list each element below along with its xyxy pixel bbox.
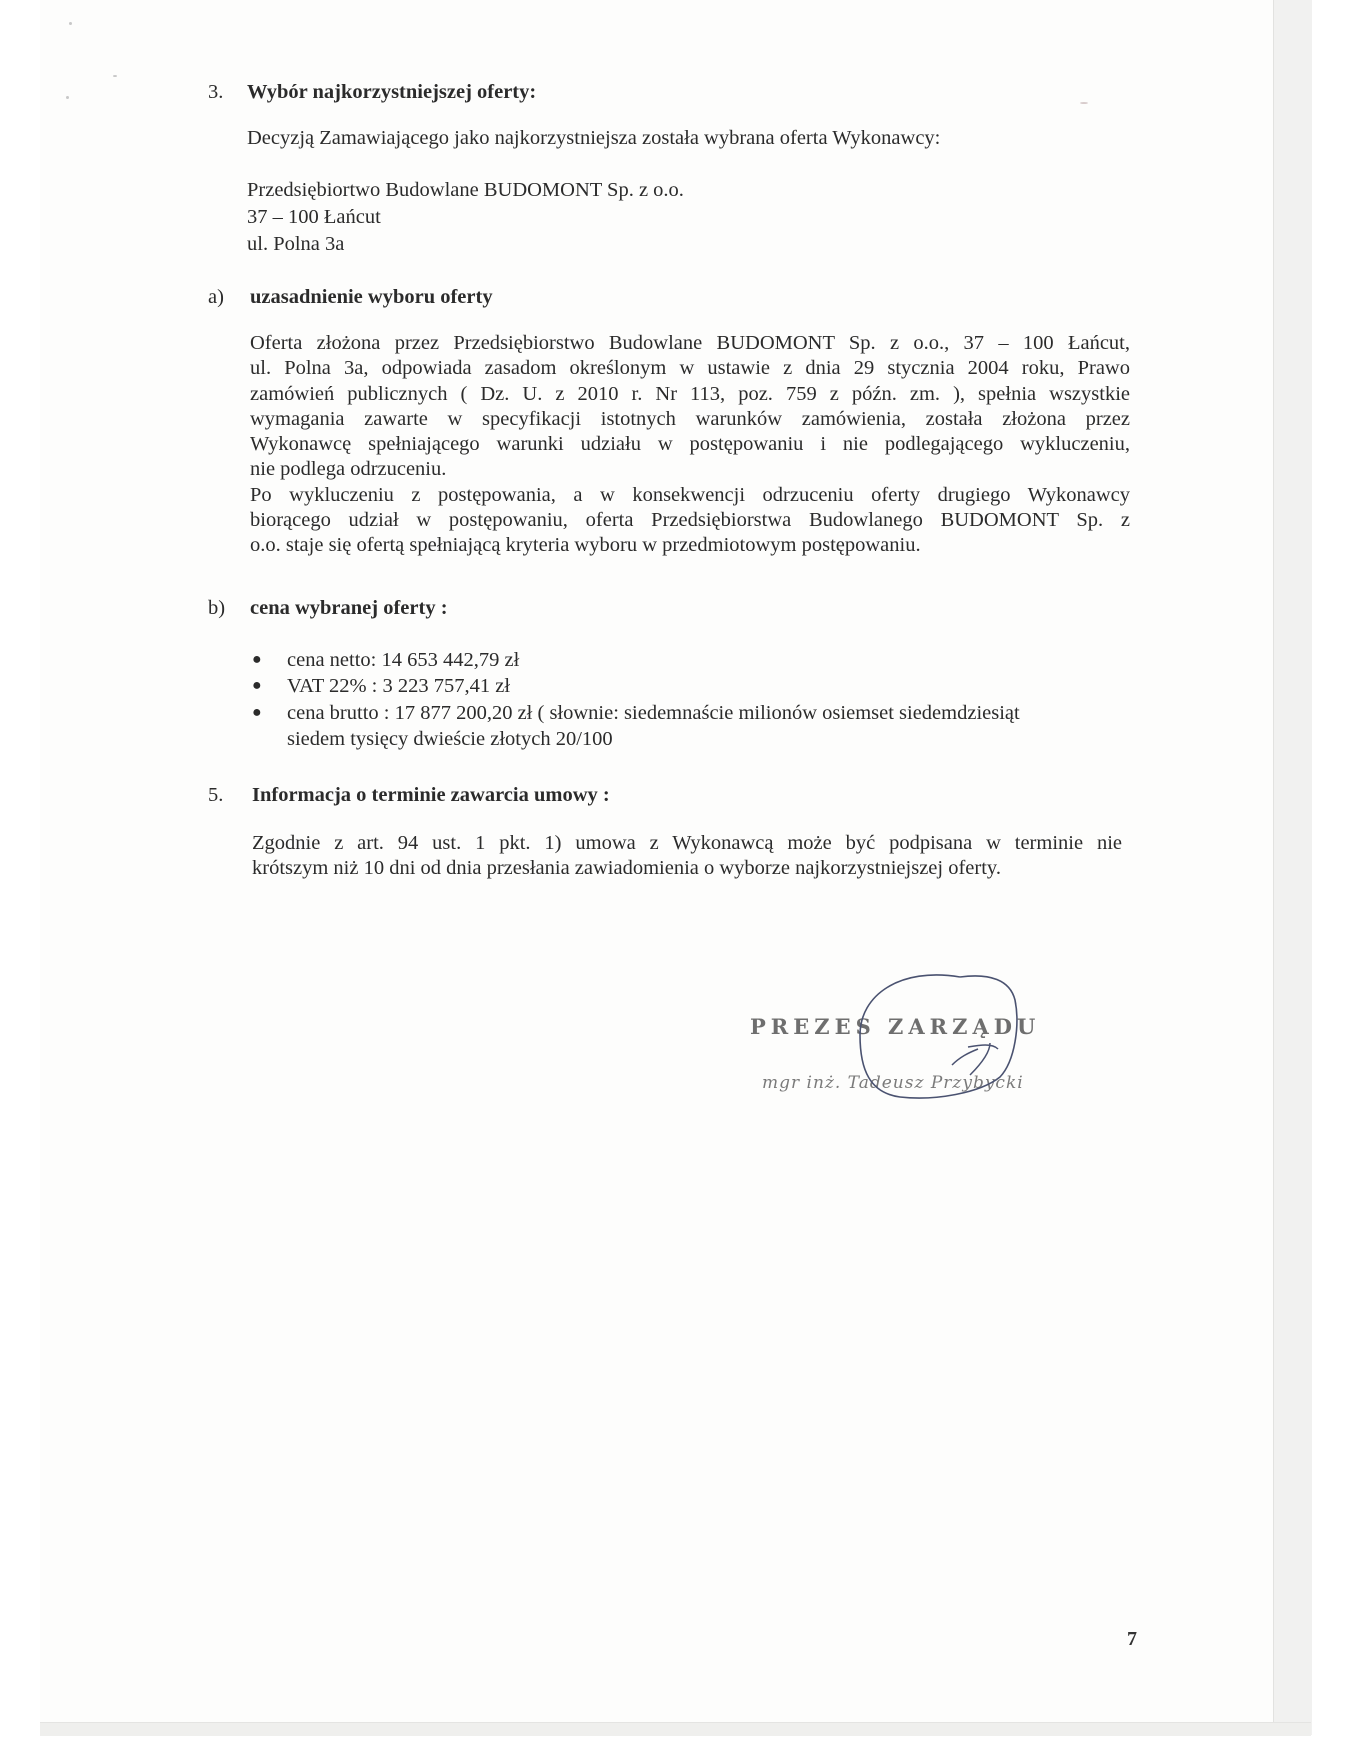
contractor-name: Przedsiębiortwo Budowlane BUDOMONT Sp. z… bbox=[247, 178, 684, 202]
paragraph-line: Oferta złożona przez Przedsiębiorstwo Bu… bbox=[250, 331, 1130, 356]
subsection-b-marker: b) bbox=[208, 596, 225, 620]
bullet-icon: ● bbox=[252, 701, 262, 725]
section-3-intro: Decyzją Zamawiającego jako najkorzystnie… bbox=[247, 126, 940, 150]
price-gross: cena brutto : 17 877 200,20 zł ( słownie… bbox=[287, 701, 1020, 725]
section-5-title: Informacja o terminie zawarcia umowy : bbox=[252, 783, 610, 807]
signature-icon bbox=[840, 965, 1040, 1115]
subsection-b-title: cena wybranej oferty : bbox=[250, 596, 448, 620]
scan-speck bbox=[113, 75, 117, 77]
price-net: cena netto: 14 653 442,79 zł bbox=[287, 648, 519, 672]
page-number: 7 bbox=[1127, 1628, 1137, 1651]
bullet-icon: ● bbox=[252, 674, 262, 698]
paragraph-line: zamówień publicznych ( Dz. U. z 2010 r. … bbox=[250, 382, 1130, 407]
section-3-title: Wybór najkorzystniejszej oferty: bbox=[247, 80, 536, 104]
justification-paragraph: Oferta złożona przez Przedsiębiorstwo Bu… bbox=[250, 331, 1130, 559]
contractor-street: ul. Polna 3a bbox=[247, 232, 344, 256]
scan-edge-right bbox=[1273, 0, 1312, 1735]
section-5-number: 5. bbox=[208, 783, 223, 807]
paragraph-line: wymagania zawarte w specyfikacji istotny… bbox=[250, 407, 1130, 432]
scan-speck bbox=[66, 96, 69, 99]
price-vat: VAT 22% : 3 223 757,41 zł bbox=[287, 674, 510, 698]
subsection-a-title: uzasadnienie wyboru oferty bbox=[250, 285, 493, 309]
contract-term-paragraph: Zgodnie z art. 94 ust. 1 pkt. 1) umowa z… bbox=[252, 831, 1122, 882]
scan-speck bbox=[1080, 102, 1088, 104]
paragraph-line: nie podlega odrzuceniu. bbox=[250, 457, 1130, 482]
paragraph-line: Po wykluczeniu z postępowania, a w konse… bbox=[250, 483, 1130, 508]
price-gross-continuation: siedem tysięcy dwieście złotych 20/100 bbox=[287, 727, 613, 751]
paragraph-line: Zgodnie z art. 94 ust. 1 pkt. 1) umowa z… bbox=[252, 831, 1122, 856]
section-3-number: 3. bbox=[208, 80, 223, 104]
bullet-icon: ● bbox=[252, 648, 262, 672]
contractor-postal: 37 – 100 Łańcut bbox=[247, 205, 381, 229]
paragraph-line: biorącego udział w postępowaniu, oferta … bbox=[250, 508, 1130, 533]
scan-edge-bottom bbox=[40, 1722, 1311, 1736]
paragraph-line: Wykonawcę spełniającego warunki udziału … bbox=[250, 432, 1130, 457]
paragraph-line: o.o. staje się ofertą spełniającą kryter… bbox=[250, 533, 1130, 558]
subsection-a-marker: a) bbox=[208, 285, 224, 309]
paragraph-line: krótszym niż 10 dni od dnia przesłania z… bbox=[252, 856, 1122, 881]
scan-speck bbox=[69, 22, 72, 25]
paragraph-line: ul. Polna 3a, odpowiada zasadom określon… bbox=[250, 356, 1130, 381]
